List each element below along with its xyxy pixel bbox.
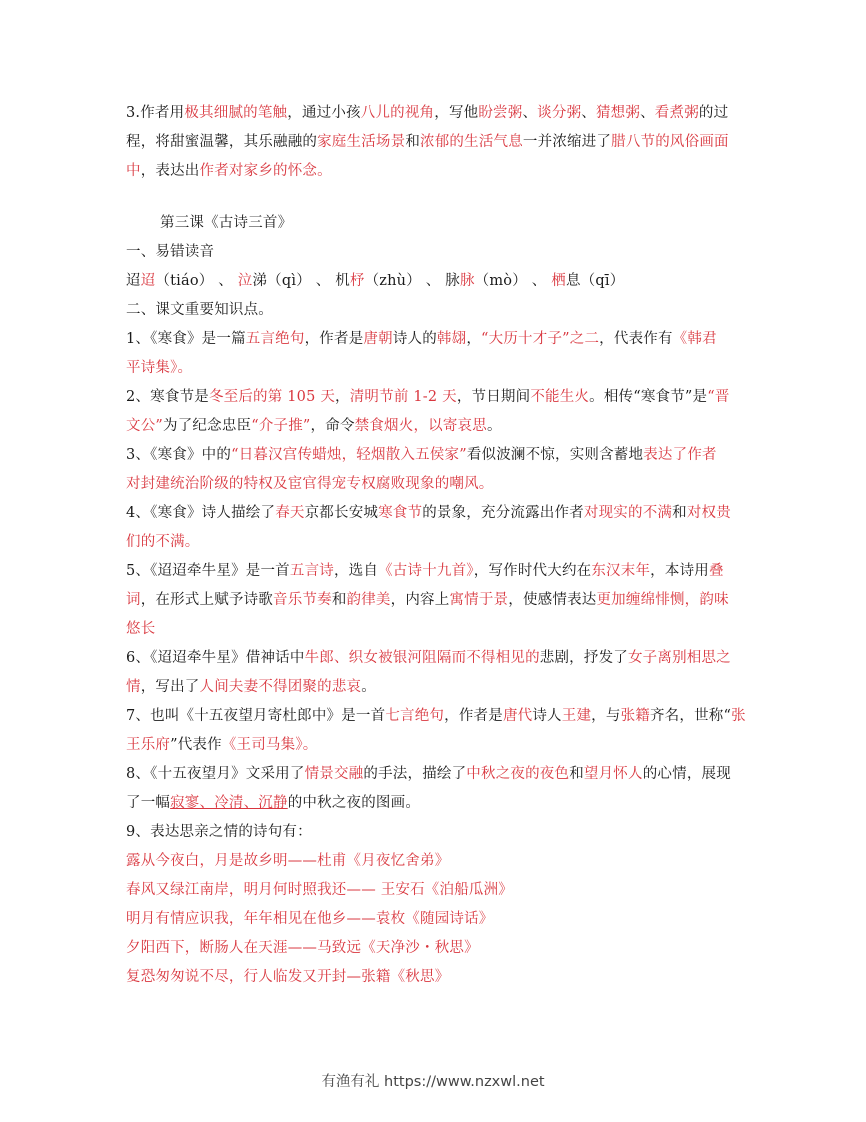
text-line: 夕阳西下，断肠人在天涯——马致远《天净沙・秋思》 (126, 938, 746, 958)
body-text: 和 (569, 766, 584, 782)
text-line: 中，表达出作者对家乡的怀念。 (126, 161, 746, 181)
body-text: 3.作者用 (126, 105, 184, 121)
text-line: 8、《十五夜望月》文采用了情景交融的手法，描绘了中秋之夜的夜色和望月怀人的心情，… (126, 764, 746, 784)
text-line: 3、《寒食》中的“日暮汉宫传蜡烛，轻烟散入五侯家”看似波澜不惊，实则含蓄地表达了… (126, 445, 746, 465)
highlighted-text: “日暮汉宫传蜡烛，轻烟散入五侯家” (231, 447, 467, 463)
highlighted-text: 栖 (551, 273, 566, 289)
text-line: 程，将甜蜜温馨，其乐融融的家庭生活场景和浓郁的生活气息一并浓缩进了腊八节的风俗画… (126, 132, 746, 152)
highlighted-text: 五言诗 (290, 563, 334, 579)
body-text: ，在形式上赋予诗歌 (141, 592, 273, 608)
text-line: 3.作者用极其细腻的笔触，通过小孩八儿的视角，写他盼尝粥、谈分粥、猜想粥、看煮粥… (126, 103, 746, 123)
body-text: 3、《寒食》中的 (126, 447, 231, 463)
body-text: 4、《寒食》诗人描绘了 (126, 505, 275, 521)
text-line: 6、《迢迢牵牛星》借神话中牛郎、织女被银河阻隔而不得相见的悲剧，抒发了女子离别相… (126, 648, 746, 668)
body-text: （tiáo） 、 (155, 273, 237, 289)
highlighted-text: 复恐匆匆说不尽，行人临发又开封—张籍《秋思》 (126, 969, 449, 985)
highlighted-text: 牛郎、织女被银河阻隔而不得相见的 (305, 650, 540, 666)
highlighted-text: 七言绝句 (385, 708, 444, 724)
highlighted-text: 寓情于景 (449, 592, 508, 608)
highlighted-text: 极其细腻的笔触 (184, 105, 287, 121)
body-text: 为了纪念忠臣 (163, 418, 251, 434)
highlighted-text: 唐代 (503, 708, 532, 724)
highlighted-text: 唐朝 (363, 331, 392, 347)
highlighted-text: “大历十才子”之二 (481, 331, 599, 347)
highlighted-text: 春风又绿江南岸，明月何时照我还—— 王安石《泊船瓜洲》 (126, 882, 513, 898)
body-text: 的中秋之夜的图画。 (288, 795, 420, 811)
body-text: 和 (672, 505, 687, 521)
body-text: ，命令 (311, 418, 355, 434)
body-text: ”代表作 (170, 737, 222, 753)
highlighted-text: 泣 (238, 273, 253, 289)
highlighted-text: 中秋之夜的夜色 (466, 766, 569, 782)
highlighted-text: 明月有情应识我，年年相见在他乡——袁枚《随园诗话》 (126, 911, 494, 927)
highlighted-text: 五言绝句 (246, 331, 305, 347)
text-line: 明月有情应识我，年年相见在他乡——袁枚《随园诗话》 (126, 909, 746, 929)
text-line: 复恐匆匆说不尽，行人临发又开封—张籍《秋思》 (126, 967, 746, 987)
body-text: 和 (405, 134, 420, 150)
highlighted-text: 腊八节的风俗画面 (611, 134, 729, 150)
highlighted-text: 露从今夜白，月是故乡明——杜甫《月夜忆舍弟》 (126, 853, 449, 869)
highlighted-text: 情景交融 (305, 766, 364, 782)
body-text: 了一幅 (126, 795, 170, 811)
highlighted-text: 作者对家乡的怀念。 (200, 163, 332, 179)
text-line: 词，在形式上赋予诗歌音乐节奏和韵律美，内容上寓情于景，使感情表达更加缠绵悱恻，韵… (126, 590, 746, 610)
text-line: 7、也叫《十五夜望月寄杜郎中》是一首七言绝句，作者是唐代诗人王建，与张籍齐名，世… (126, 706, 746, 726)
body-text: 的过 (699, 105, 728, 121)
highlighted-text: 迢 (141, 273, 156, 289)
body-text: ， (466, 331, 481, 347)
highlighted-text: 《王司马集》。 (222, 737, 318, 753)
highlighted-text: 们的不满。 (126, 534, 200, 550)
text-line: 一、易错读音 (126, 242, 746, 262)
body-text: ，写作时代大约在 (474, 563, 592, 579)
body-text: 的手法，描绘了 (363, 766, 466, 782)
body-text: 和 (332, 592, 347, 608)
highlighted-text: 清明节前 1-2 天 (350, 389, 457, 405)
body-text: 齐名，世称“ (650, 708, 731, 724)
body-text: 息（qī） (566, 273, 624, 289)
highlighted-text: 家庭生活场景 (317, 134, 405, 150)
body-text: ，通过小孩 (287, 105, 361, 121)
body-text: 。相传“寒食节”是 (589, 389, 707, 405)
body-text: 9、表达思亲之情的诗句有： (126, 824, 312, 840)
body-text: 1、《寒食》是一篇 (126, 331, 246, 347)
highlighted-text: 女子离别相思之 (628, 650, 731, 666)
highlighted-text: 更加缠绵悱恻，韵味 (596, 592, 728, 608)
body-text: ，使感情表达 (508, 592, 596, 608)
highlighted-text: 不能生火 (530, 389, 589, 405)
text-line: 情，写出了人间夫妻不得团聚的悲哀。 (126, 677, 746, 697)
highlighted-text: 浓郁的生活气息 (420, 134, 523, 150)
body-text: ，作者是 (305, 331, 364, 347)
body-text: 一并浓缩进了 (523, 134, 611, 150)
highlighted-text: 禁食烟火，以寄哀思 (355, 418, 487, 434)
text-line: 第三课《古诗三首》 (160, 213, 780, 233)
text-line: 5、《迢迢牵牛星》是一首五言诗，选自《古诗十九首》，写作时代大约在东汉末年，本诗… (126, 561, 746, 581)
highlighted-text: 平诗集》。 (126, 360, 192, 376)
text-line: 春风又绿江南岸，明月何时照我还—— 王安石《泊船瓜洲》 (126, 880, 746, 900)
highlighted-text: 猜想粥 (596, 105, 640, 121)
body-text: 京都长安城 (305, 505, 379, 521)
highlighted-text: 八儿的视角 (361, 105, 435, 121)
body-text: ，表达出 (141, 163, 200, 179)
highlighted-text: 寂寥、冷清、沉静 (170, 795, 288, 811)
highlighted-text: 文公” (126, 418, 163, 434)
body-text: （mò） 、 (475, 273, 552, 289)
highlighted-text: 情 (126, 679, 141, 695)
body-text: ，内容上 (391, 592, 450, 608)
body-text: （zhù） 、 脉 (365, 273, 460, 289)
body-text: 第三课《古诗三首》 (160, 215, 292, 231)
highlighted-text: 对现实的不满 (584, 505, 672, 521)
body-text: ， (335, 389, 350, 405)
highlighted-text: 杼 (350, 273, 365, 289)
highlighted-text: 韵律美 (347, 592, 391, 608)
text-line: 文公”为了纪念忠臣“介子推”，命令禁食烟火，以寄哀思。 (126, 416, 746, 436)
body-text: 诗人的 (393, 331, 437, 347)
text-line: 4、《寒食》诗人描绘了春天京都长安城寒食节的景象，充分流露出作者对现实的不满和对… (126, 503, 746, 523)
highlighted-text: 词 (126, 592, 141, 608)
body-text: 悲剧，抒发了 (540, 650, 628, 666)
footer-watermark: 有渔有礼 https://www.nzxwl.net (0, 1070, 866, 1091)
highlighted-text: 悠长 (126, 621, 155, 637)
highlighted-text: “晋 (707, 389, 729, 405)
body-text: ，本诗用 (650, 563, 709, 579)
text-line: 9、表达思亲之情的诗句有： (126, 822, 746, 842)
body-text: 、 (581, 105, 596, 121)
highlighted-text: 《古诗十九首》 (378, 563, 474, 579)
body-text: 一、易错读音 (126, 244, 214, 260)
highlighted-text: 表达了作者 (643, 447, 717, 463)
text-line: 们的不满。 (126, 532, 746, 552)
highlighted-text: 夕阳西下，断肠人在天涯——马致远《天净沙・秋思》 (126, 940, 479, 956)
body-text: 7、也叫《十五夜望月寄杜郎中》是一首 (126, 708, 385, 724)
body-text: 的景象，充分流露出作者 (422, 505, 584, 521)
body-text: 看似波澜不惊，实则含蓄地 (467, 447, 643, 463)
body-text: 涕（qì） 、 机 (252, 273, 349, 289)
highlighted-text: 张籍 (621, 708, 650, 724)
highlighted-text: 人间夫妻不得团聚的悲哀 (200, 679, 362, 695)
body-text: 诗人 (532, 708, 561, 724)
body-text: 、 (640, 105, 655, 121)
highlighted-text: 王乐府 (126, 737, 170, 753)
body-text: ，写出了 (141, 679, 200, 695)
body-text: ，节日期间 (457, 389, 531, 405)
highlighted-text: 望月怀人 (584, 766, 643, 782)
highlighted-text: 春天 (275, 505, 304, 521)
highlighted-text: “介子推” (251, 418, 310, 434)
highlighted-text: 王建 (562, 708, 591, 724)
highlighted-text: 东汉末年 (591, 563, 650, 579)
text-line: 对封建统治阶级的特权及宦官得宠专权腐败现象的嘲风。 (126, 474, 746, 494)
highlighted-text: 寒食节 (378, 505, 422, 521)
body-text: 。 (361, 679, 376, 695)
body-text: ，代表作有 (599, 331, 673, 347)
text-line: 迢迢（tiáo） 、 泣涕（qì） 、 机杼（zhù） 、 脉脉（mò） 、 栖… (126, 271, 746, 291)
body-text: ，选自 (334, 563, 378, 579)
body-text: 8、《十五夜望月》文采用了 (126, 766, 305, 782)
highlighted-text: 张 (731, 708, 746, 724)
highlighted-text: 脉 (460, 273, 475, 289)
document-page: 3.作者用极其细腻的笔触，通过小孩八儿的视角，写他盼尝粥、谈分粥、猜想粥、看煮粥… (0, 0, 866, 1122)
text-line: 1、《寒食》是一篇五言绝句，作者是唐朝诗人的韩翃，“大历十才子”之二，代表作有《… (126, 329, 746, 349)
highlighted-text: 韩翃 (437, 331, 466, 347)
body-text: 程，将甜蜜温馨，其乐融融的 (126, 134, 317, 150)
highlighted-text: 对权贵 (687, 505, 731, 521)
highlighted-text: 《韩君 (673, 331, 717, 347)
body-text: ，与 (591, 708, 620, 724)
text-line: 了一幅寂寥、冷清、沉静的中秋之夜的图画。 (126, 793, 746, 813)
highlighted-text: 谈分粥 (537, 105, 581, 121)
body-text: 。 (487, 418, 502, 434)
text-line: 2、寒食节是冬至后的第 105 天，清明节前 1-2 天，节日期间不能生火。相传… (126, 387, 746, 407)
text-line: 平诗集》。 (126, 358, 746, 378)
body-text: 5、《迢迢牵牛星》是一首 (126, 563, 290, 579)
body-text: ，作者是 (444, 708, 503, 724)
body-text: ，写他 (434, 105, 478, 121)
body-text: 、 (522, 105, 537, 121)
highlighted-text: 冬至后的第 105 天 (209, 389, 335, 405)
text-line: 二、课文重要知识点。 (126, 300, 746, 320)
body-text: 的心情，展现 (643, 766, 731, 782)
highlighted-text: 音乐节奏 (273, 592, 332, 608)
highlighted-text: 叠 (709, 563, 724, 579)
body-text: 2、寒食节是 (126, 389, 209, 405)
highlighted-text: 中 (126, 163, 141, 179)
text-line: 露从今夜白，月是故乡明——杜甫《月夜忆舍弟》 (126, 851, 746, 871)
highlighted-text: 对封建统治阶级的特权及宦官得宠专权腐败现象的嘲风。 (126, 476, 494, 492)
body-text: 迢 (126, 273, 141, 289)
body-text: 二、课文重要知识点。 (126, 302, 273, 318)
text-line: 悠长 (126, 619, 746, 639)
text-line: 王乐府”代表作《王司马集》。 (126, 735, 746, 755)
body-text: 6、《迢迢牵牛星》借神话中 (126, 650, 305, 666)
highlighted-text: 盼尝粥 (478, 105, 522, 121)
highlighted-text: 看煮粥 (655, 105, 699, 121)
